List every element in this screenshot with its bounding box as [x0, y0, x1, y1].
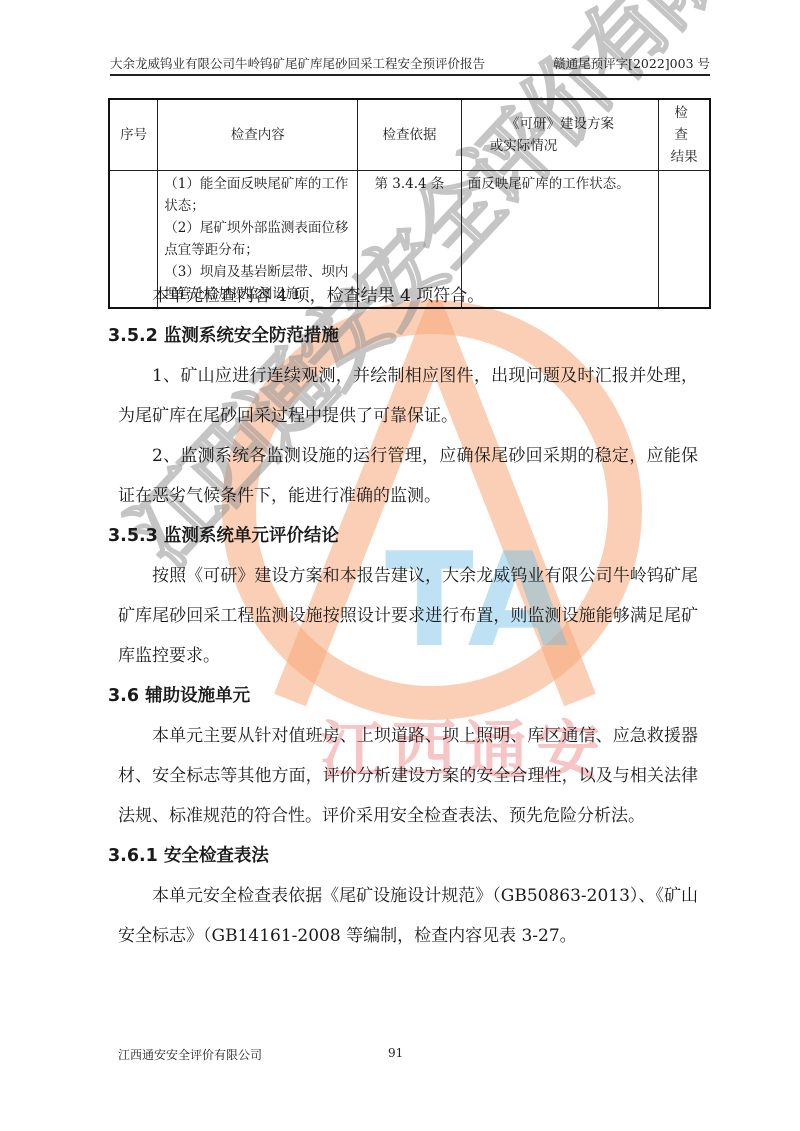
col-header-basis: 检查依据: [358, 99, 461, 171]
col-header-plan-line2: 或实际情况: [468, 135, 653, 157]
paragraph-3-6-1: 本单元安全检查表依据《尾矿设施设计规范》（GB50863-2013）、《矿山安全…: [118, 876, 698, 956]
content-item-2: （2）尾矿坝外部监测表面位移点宜等距分布；: [164, 217, 351, 261]
col-header-plan: 《可研》建设方案 或实际情况: [461, 99, 659, 171]
content-item-1: （1）能全面反映尾矿库的工作状态；: [164, 173, 351, 217]
col-header-result: 检 查 结果: [659, 99, 710, 171]
section-heading-3-6: 3.6 辅助设施单元: [108, 676, 698, 716]
paragraph-3-6: 本单元主要从针对值班房、上坝道路、坝上照明、库区通信、应急救援器材、安全标志等其…: [118, 716, 698, 836]
col-header-no: 序号: [109, 99, 158, 171]
footer-company: 江西通安安全评价有限公司: [118, 1048, 262, 1062]
col-header-content: 检查内容: [158, 99, 358, 171]
section-heading-3-6-1: 3.6.1 安全检查表法: [108, 836, 698, 876]
col-header-result-line1: 检 查: [665, 102, 703, 146]
paragraph-3-5-2-1: 1、矿山应进行连续观测，并绘制相应图件，出现问题及时汇报并处理，为尾矿库在尾砂回…: [118, 356, 698, 436]
page-number: 91: [388, 1046, 403, 1060]
page-header: 大余龙威钨业有限公司牛岭钨矿尾矿库尾砂回采工程安全预评价报告 赣通尾预评字[20…: [110, 52, 710, 76]
paragraph-3-5-2-2: 2、监测系统各监测设施的运行管理，应确保尾砂回采期的稳定，应能保证在恶劣气候条件…: [118, 436, 698, 516]
summary-paragraph: 本单元检查内容 4 项，检查结果 4 项符合。: [118, 276, 698, 316]
document-number: 赣通尾预评字[2022]003 号: [553, 54, 710, 72]
section-heading-3-5-2: 3.5.2 监测系统安全防范措施: [108, 316, 698, 356]
col-header-result-line2: 结果: [665, 146, 703, 168]
report-title: 大余龙威钨业有限公司牛岭钨矿尾矿库尾砂回采工程安全预评价报告: [110, 54, 485, 72]
page-footer: 江西通安安全评价有限公司 91: [118, 1046, 262, 1063]
section-heading-3-5-3: 3.5.3 监测系统单元评价结论: [108, 516, 698, 556]
document-body: 本单元检查内容 4 项，检查结果 4 项符合。 3.5.2 监测系统安全防范措施…: [118, 276, 698, 956]
col-header-plan-line1: 《可研》建设方案: [468, 113, 653, 135]
paragraph-3-5-3: 按照《可研》建设方案和本报告建议，大余龙威钨业有限公司牛岭钨矿尾矿库尾砂回采工程…: [118, 556, 698, 676]
table-header-row: 序号 检查内容 检查依据 《可研》建设方案 或实际情况 检 查 结果: [109, 99, 710, 171]
